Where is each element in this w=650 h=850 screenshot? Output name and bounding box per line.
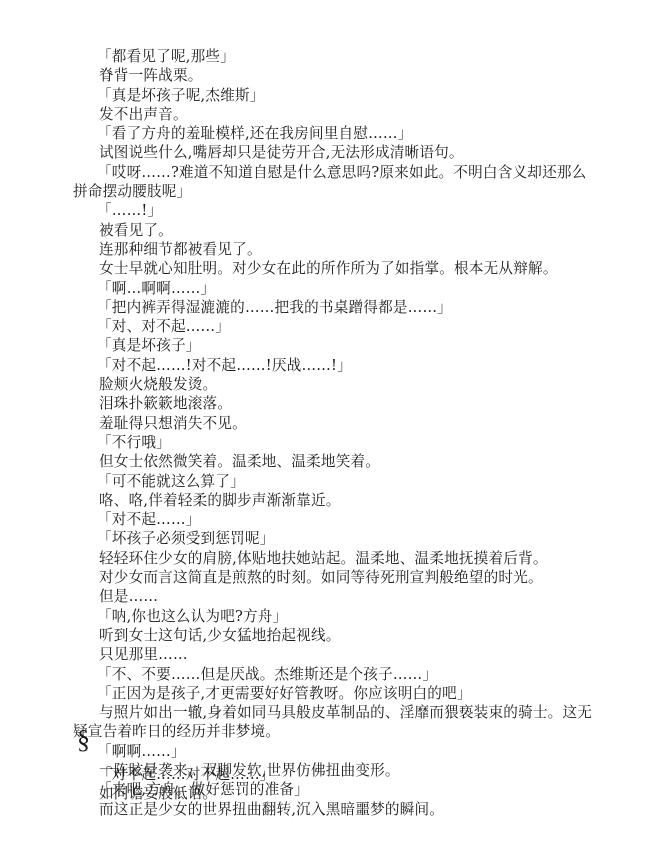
paragraph-narration: 脸颊火烧般发烫。 <box>73 375 593 394</box>
paragraph-narration: 只见那里…… <box>73 645 593 664</box>
paragraph-narration: 连那种细节都被看见了。 <box>73 240 593 259</box>
paragraph-narration: 轻轻环住少女的肩膀,体贴地扶她站起。温柔地、温柔地抚摸着后背。 <box>73 549 593 568</box>
paragraph-dialogue: 「真是坏孩子」 <box>73 336 593 355</box>
document-body: 「都看见了呢,那些」 脊背一阵战栗。 「真是坏孩子呢,杰维斯」 发不出声音。 「… <box>73 47 593 819</box>
paragraph-narration: 被看见了。 <box>73 221 593 240</box>
paragraph-dialogue: 「对、对不起……」 <box>73 317 593 336</box>
paragraph-dialogue: 「啊啊……」 <box>73 742 593 761</box>
paragraph-narration: 但女士依然微笑着。温柔地、温柔地笑着。 <box>73 452 593 471</box>
paragraph-narration: 女士早就心知肚明。对少女在此的所作所为了如指掌。根本无从辩解。 <box>73 259 593 278</box>
paragraph-dialogue: 「哎呀……?难道不知道自慰是什么意思吗?原来如此。不明白含义却还那么拼命摆动腰肢… <box>73 163 593 202</box>
document-section-2: 「对不起……对不起……」 如同谵妄般低语。 <box>73 765 593 804</box>
paragraph-dialogue: 「正因为是孩子,才更需要好好管教呀。你应该明白的吧」 <box>73 684 593 703</box>
paragraph-narration: 发不出声音。 <box>73 105 593 124</box>
paragraph-dialogue: 「啊…啊啊……」 <box>73 279 593 298</box>
paragraph-narration: 羞耻得只想消失不见。 <box>73 414 593 433</box>
paragraph-narration: 咯、咯,伴着轻柔的脚步声渐渐靠近。 <box>73 491 593 510</box>
paragraph-dialogue: 「都看见了呢,那些」 <box>73 47 593 66</box>
paragraph-dialogue: 「真是坏孩子呢,杰维斯」 <box>73 86 593 105</box>
paragraph-dialogue: 「坏孩子必须受到惩罚呢」 <box>73 529 593 548</box>
paragraph-narration: 试图说些什么,嘴唇却只是徒劳开合,无法形成清晰语句。 <box>73 143 593 162</box>
paragraph-dialogue: 「看了方舟的羞耻模样,还在我房间里自慰……」 <box>73 124 593 143</box>
paragraph-narration: 听到女士这句话,少女猛地抬起视线。 <box>73 626 593 645</box>
paragraph-dialogue: 「把内裤弄得湿漉漉的……把我的书桌蹭得都是……」 <box>73 298 593 317</box>
paragraph-narration: 对少女而言这简直是煎熬的时刻。如同等待死刑宣判般绝望的时光。 <box>73 568 593 587</box>
paragraph-dialogue: 「对不起……!对不起……!厌战……!」 <box>73 356 593 375</box>
paragraph-dialogue: 「……!」 <box>73 201 593 220</box>
paragraph-dialogue: 「对不起……对不起……」 <box>73 765 593 784</box>
paragraph-dialogue: 「呐,你也这么认为吧?方舟」 <box>73 607 593 626</box>
section-break-mark: § <box>77 725 90 755</box>
paragraph-narration: 泪珠扑簌簌地滚落。 <box>73 394 593 413</box>
paragraph-dialogue: 「不行哦」 <box>73 433 593 452</box>
paragraph-narration: 与照片如出一辙,身着如同马具般皮革制品的、淫靡而猥亵装束的骑士。这无疑宣告着昨日… <box>73 703 593 742</box>
paragraph-dialogue: 「不、不要……但是厌战。杰维斯还是个孩子……」 <box>73 665 593 684</box>
paragraph-narration: 脊背一阵战栗。 <box>73 66 593 85</box>
paragraph-dialogue: 「可不能就这么算了」 <box>73 472 593 491</box>
paragraph-dialogue: 「对不起……」 <box>73 510 593 529</box>
paragraph-narration: 但是…… <box>73 587 593 606</box>
paragraph-narration: 如同谵妄般低语。 <box>73 784 593 803</box>
